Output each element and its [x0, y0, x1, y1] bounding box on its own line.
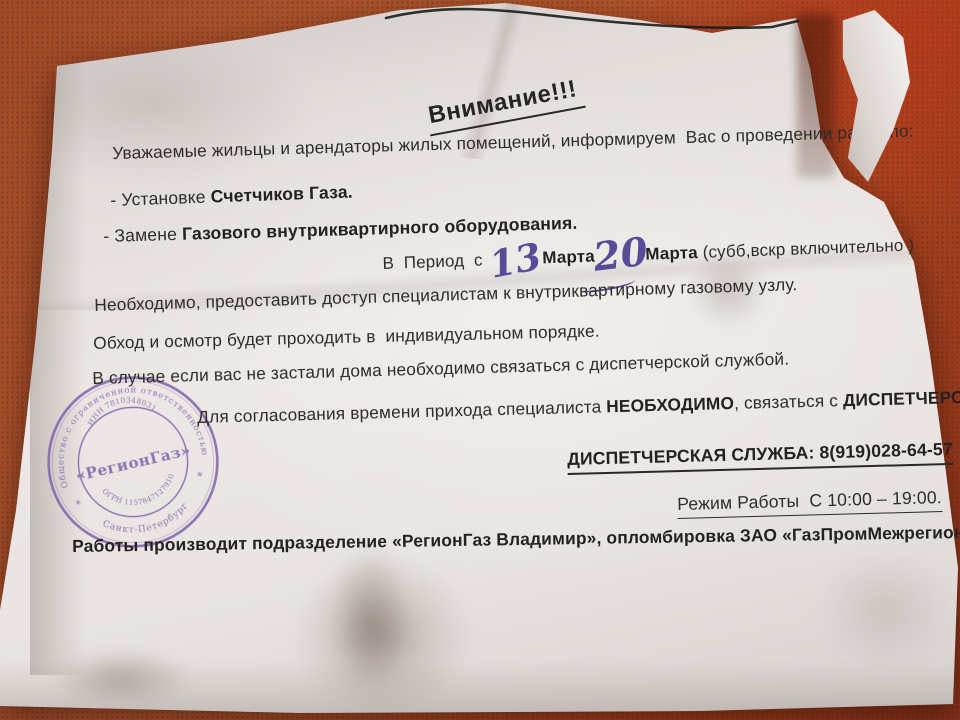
bullet-install-prefix: - Установке [110, 186, 211, 209]
dirt-stain [52, 648, 192, 708]
bullet-replace-prefix: - Замене [103, 224, 182, 246]
stamp-ogrn-text: ОГРН 1157847127910 [99, 471, 181, 515]
period-prefix: В Период с [382, 250, 488, 273]
coord-middle: , связаться с [734, 390, 844, 413]
coord-dispatcher: ДИСПЕТЧЕРОМ [843, 387, 960, 411]
dirt-stain [292, 552, 472, 720]
month-to: Марта [645, 243, 698, 264]
stamp-ogrn-textpath: ОГРН 1157847127910 [99, 471, 181, 515]
dispatch-phone: 8(919)028-64-57 [819, 439, 953, 462]
handwritten-date-from: 13 [490, 255, 541, 265]
paper-crease [0, 660, 960, 715]
stamp-star-right: * [196, 470, 205, 484]
dirt-stain [330, 545, 410, 695]
photo-background: Общество с ограниченной ответственностью… [0, 0, 960, 720]
month-from: Марта [542, 247, 595, 268]
stamp-star-left: * [75, 498, 84, 512]
paper-crease [30, 55, 100, 675]
period-suffix: (субб,вскр включительно ) [697, 235, 914, 262]
coord-necessary: НЕОБХОДИМО [606, 393, 734, 416]
bullet-install-bold: Счетчиков Газа. [210, 182, 353, 207]
dirt-stain [820, 550, 950, 670]
handwritten-date-to: 20 [594, 251, 648, 258]
